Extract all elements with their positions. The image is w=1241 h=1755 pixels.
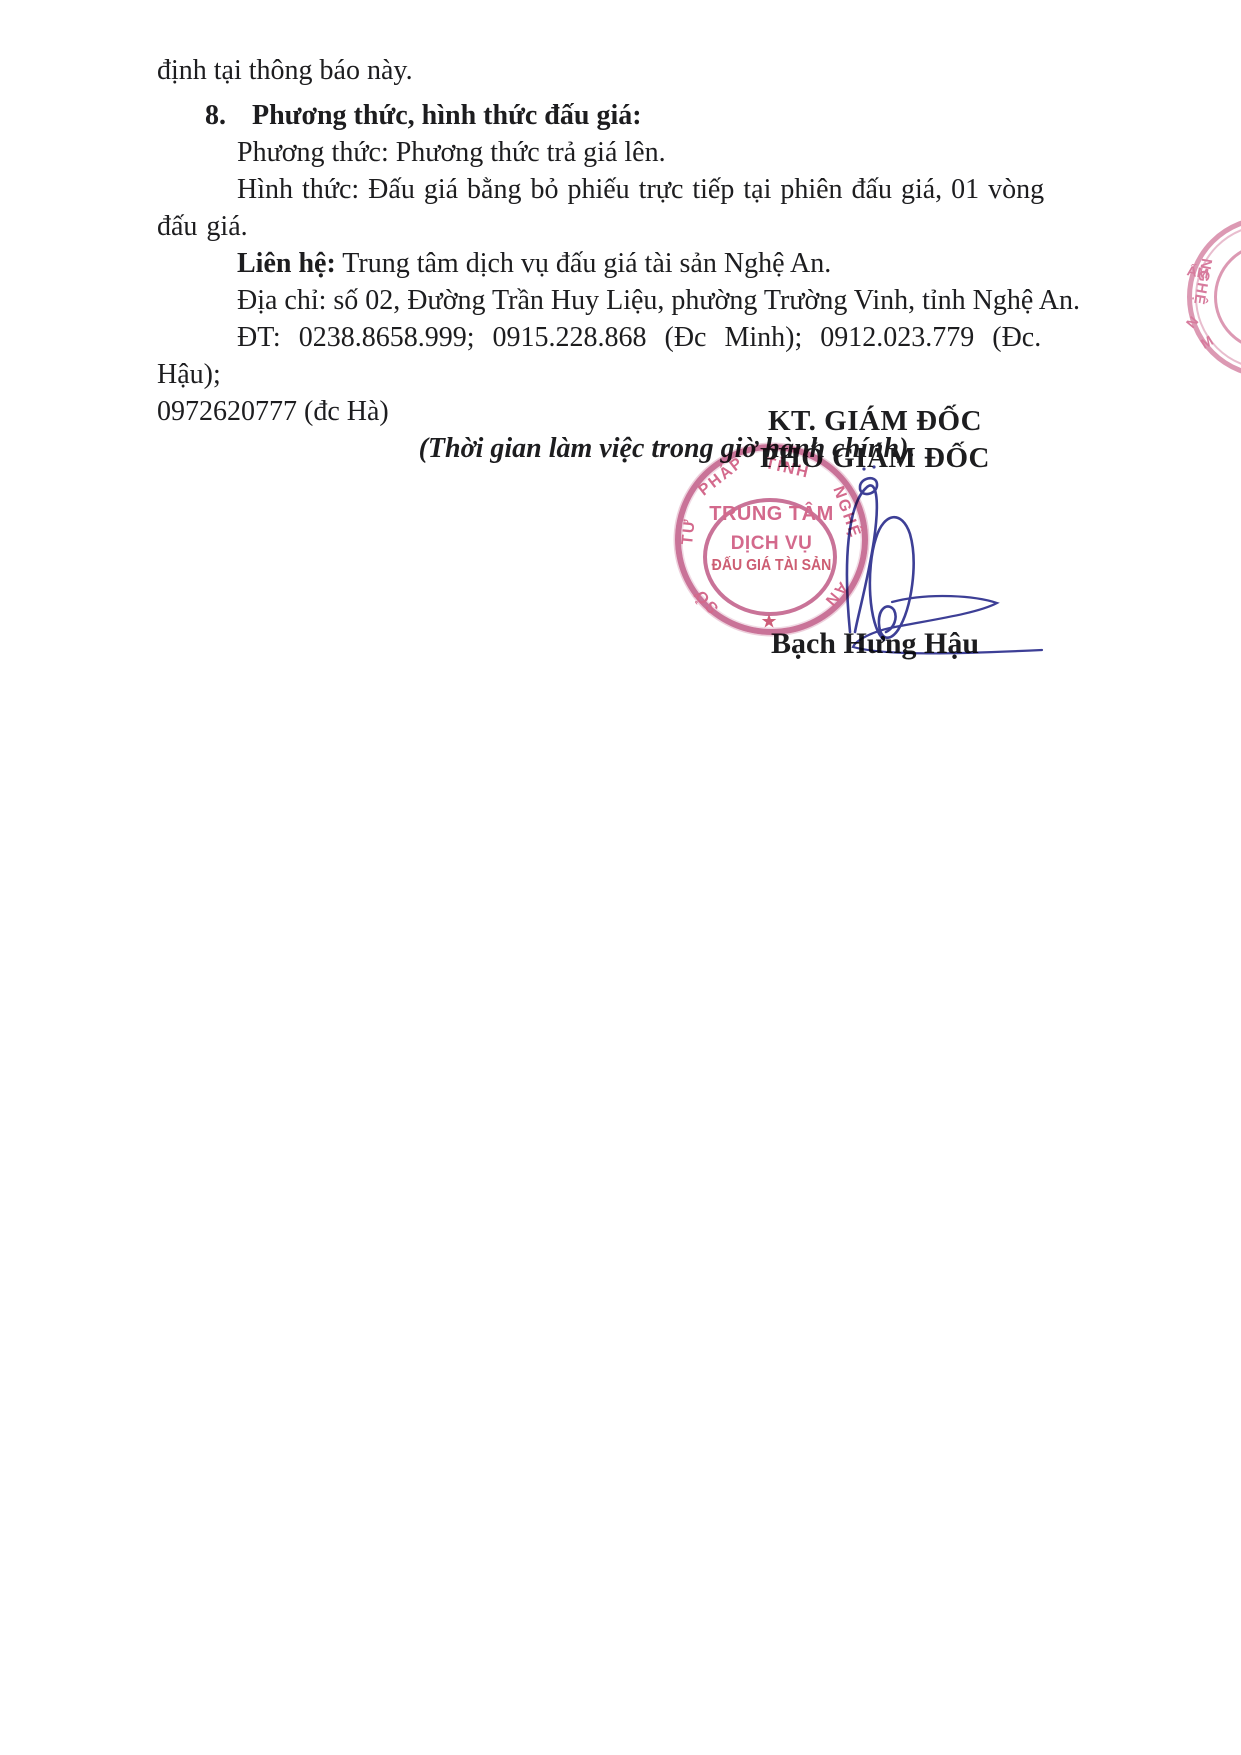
section-number: 8. — [205, 100, 226, 131]
paragraph-contact: Liên hệ: Trung tâm dịch vụ đấu giá tài s… — [157, 245, 1085, 282]
paragraph-continuation: định tại thông báo này. — [157, 52, 1085, 89]
paragraph-form: Hình thức: Đấu giá bằng bỏ phiếu trực ti… — [157, 171, 1085, 245]
signer-position-1: KT. GIÁM ĐỐC — [675, 403, 1075, 440]
form-label: Hình thức: — [237, 174, 359, 205]
edge-partial-stamp: NGHỆ ẤM N M — [1187, 216, 1241, 378]
contact-label: Liên hệ: — [237, 248, 336, 279]
section-heading: 8.Phương thức, hình thức đấu giá: — [157, 97, 1085, 134]
document-page: định tại thông báo này. 8.Phương thức, h… — [0, 0, 1241, 1755]
contact-text: Trung tâm dịch vụ đấu giá tài sản Nghệ A… — [342, 248, 831, 279]
section-title: Phương thức, hình thức đấu giá: — [252, 100, 642, 131]
star-icon: ★ — [760, 613, 777, 632]
paragraph-address: Địa chỉ: số 02, Đường Trần Huy Liệu, phư… — [157, 282, 1085, 319]
paragraph-method: Phương thức: Phương thức trả giá lên. — [157, 134, 1085, 171]
paragraph-phone: ĐT: 0238.8658.999; 0915.228.868 (Đc Minh… — [157, 319, 1085, 393]
handwritten-signature-ink — [826, 450, 1066, 670]
